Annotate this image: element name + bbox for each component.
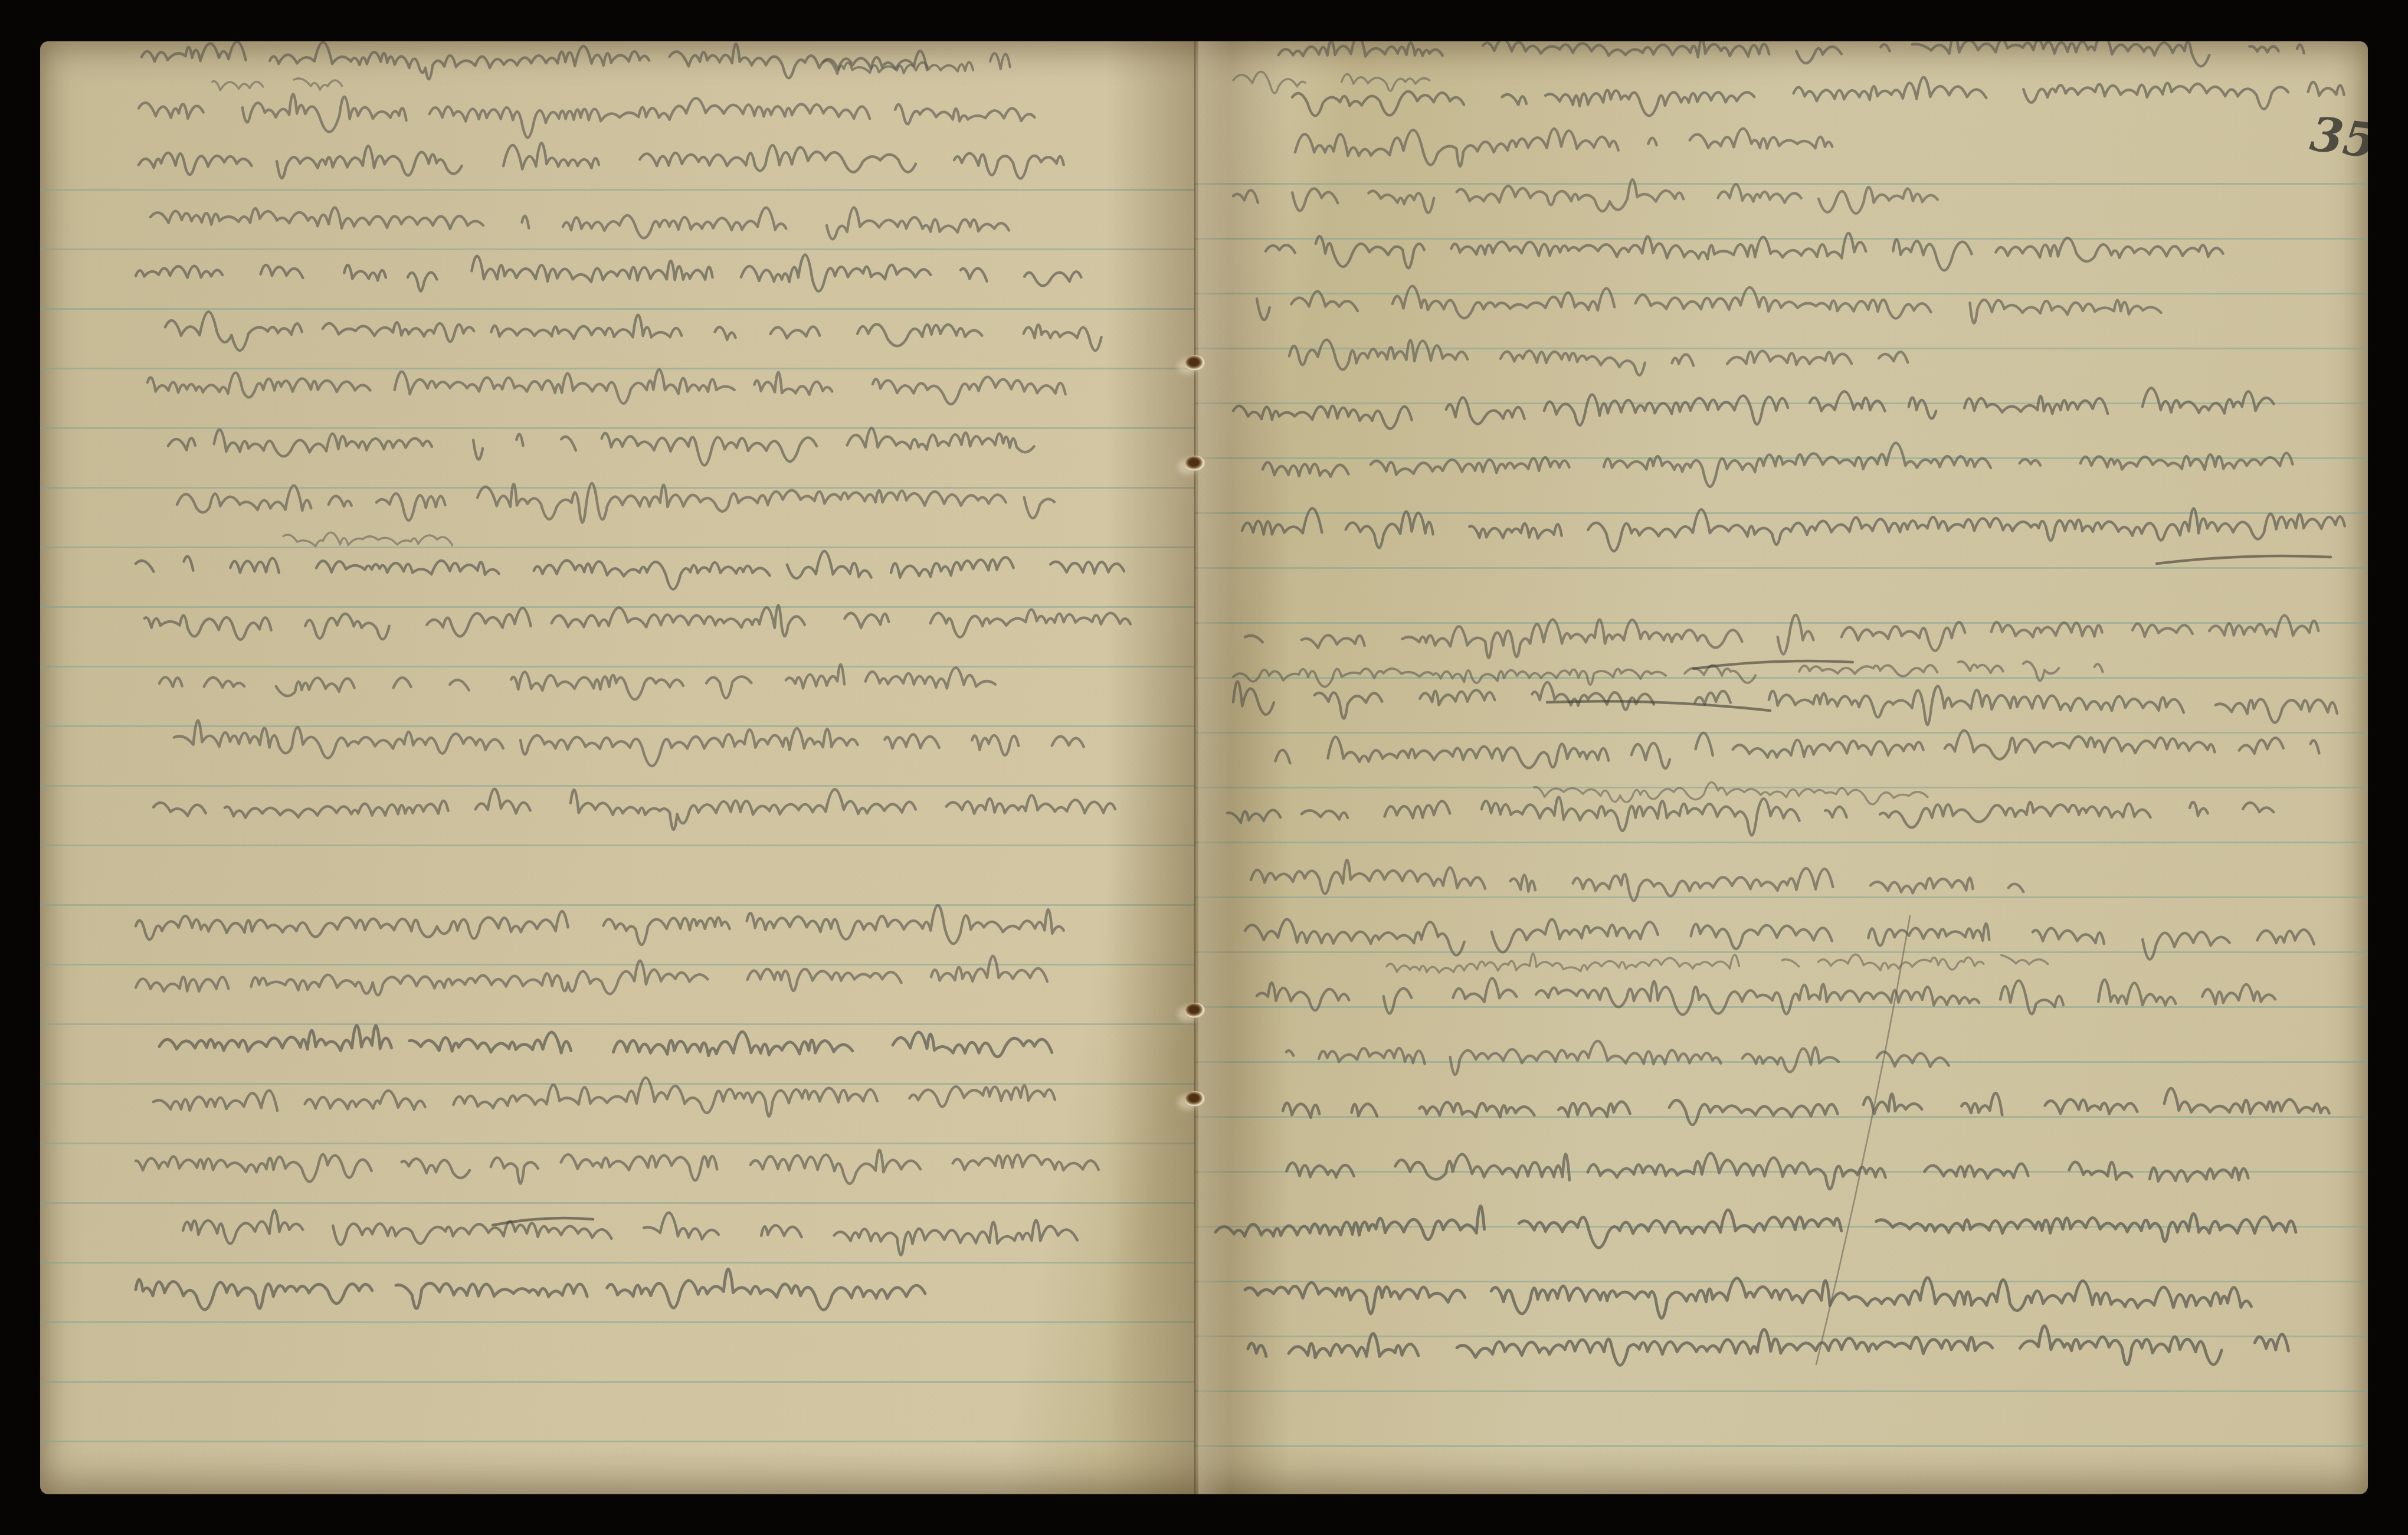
gutter-highlight — [1198, 41, 1231, 1494]
handwriting-line — [168, 428, 1034, 465]
handwriting-line — [1233, 179, 1938, 213]
handwriting-line — [136, 956, 1047, 996]
handwriting-line — [283, 532, 452, 546]
notebook-spread: 35 — [40, 41, 2368, 1494]
handwriting-line — [142, 41, 927, 79]
handwriting-line — [139, 143, 1064, 178]
handwriting-line — [1233, 662, 2103, 687]
handwriting-line — [1245, 919, 2314, 960]
handwriting-line — [1251, 860, 2023, 901]
handwriting-line — [1295, 129, 1832, 166]
handwriting-line — [1266, 233, 2223, 270]
gutter-shadow-left — [1106, 41, 1195, 1494]
handwriting-line — [1263, 443, 2292, 486]
handwriting-line — [1216, 1206, 2296, 1248]
handwriting-line — [1233, 682, 2337, 725]
handwriting-line — [136, 905, 1064, 945]
stitch-hole — [1185, 355, 1205, 371]
handwriting-line — [1287, 1153, 2249, 1189]
handwriting-line — [1279, 41, 2304, 66]
handwriting-line — [823, 53, 1010, 74]
handwriting-line — [1257, 978, 2275, 1015]
handwriting-line — [174, 721, 1084, 766]
handwriting-line — [165, 312, 1102, 351]
handwriting-line — [1289, 340, 1908, 375]
handwriting-line — [183, 1210, 1077, 1255]
handwriting-line — [1276, 731, 2319, 768]
handwriting-line — [148, 369, 1066, 404]
handwriting-line — [2157, 556, 2331, 564]
handwriting-line — [150, 207, 1009, 239]
handwriting-line — [1547, 701, 1770, 711]
handwriting-line — [1233, 72, 1430, 93]
handwriting-line — [145, 606, 1131, 640]
stitch-hole — [1185, 1091, 1205, 1107]
stitch-hole — [1185, 1003, 1205, 1018]
handwriting-line — [136, 551, 1124, 590]
handwriting-line — [1283, 1088, 2329, 1125]
left-page-rule-lines — [40, 189, 1195, 1494]
handwriting-line — [1227, 797, 2273, 836]
handwriting-line — [159, 665, 995, 699]
handwriting-line — [1693, 661, 1853, 669]
handwriting-line — [1245, 1278, 2251, 1318]
handwriting-line — [493, 1218, 593, 1225]
handwriting-line — [1286, 1041, 1949, 1075]
handwriting-line — [1233, 388, 2273, 428]
photo-backdrop: 35 — [0, 0, 2408, 1535]
page-number: 35 — [2308, 106, 2368, 169]
handwriting-line — [136, 1150, 1099, 1184]
handwriting-line — [177, 483, 1054, 523]
handwriting-line — [212, 78, 342, 90]
handwriting-line — [1534, 782, 1928, 804]
handwriting-line — [159, 1025, 1052, 1056]
handwriting-line — [136, 1269, 925, 1310]
right-page-rule-lines — [1195, 183, 2368, 1494]
handwriting-line — [153, 789, 1115, 830]
gutter-shadow-right — [1196, 41, 1290, 1494]
handwriting-ink: 35 — [40, 41, 2368, 1494]
handwriting-line — [153, 1078, 1055, 1117]
handwriting-line — [1242, 508, 2345, 551]
handwriting-line — [1816, 916, 1910, 1364]
handwriting-line — [136, 254, 1081, 291]
binding-crease — [1194, 41, 1196, 1494]
handwriting-line — [1245, 615, 2318, 658]
handwriting-line — [139, 94, 1035, 138]
handwriting-line — [1292, 77, 2344, 116]
handwriting-line — [1387, 954, 2048, 973]
handwriting-line — [1248, 1326, 2288, 1366]
stitch-hole — [1185, 456, 1205, 471]
handwriting-line — [1257, 286, 2161, 323]
